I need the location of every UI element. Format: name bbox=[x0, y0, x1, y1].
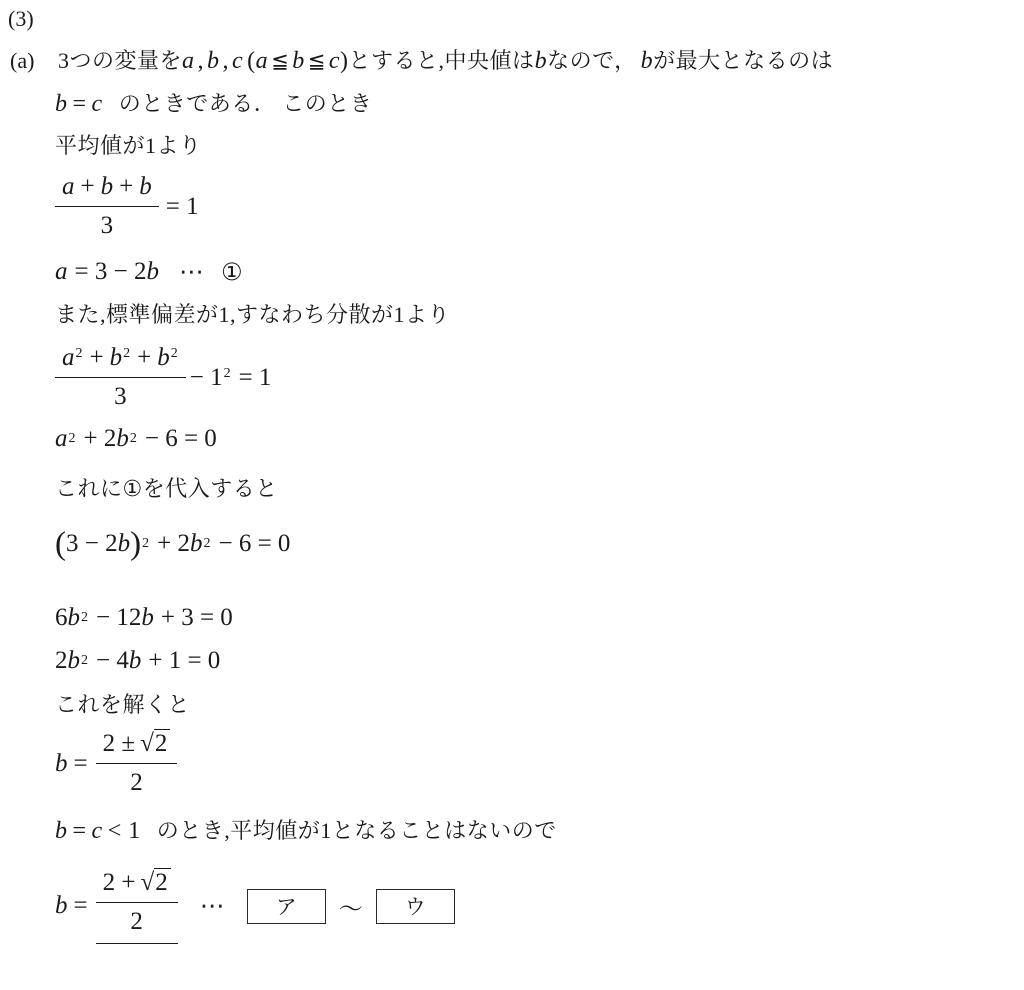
equation-mean-linear: a= 3 − 2b⋯① bbox=[55, 257, 242, 287]
denominator: 3 bbox=[55, 377, 186, 412]
equation-substituted: (3 − 2b)2+ 2b2− 6 = 0 bbox=[55, 530, 290, 558]
mean-label-line: 平均値が1より bbox=[55, 131, 202, 161]
equals-rhs: = 1 bbox=[166, 193, 199, 221]
condition-exclusion-line: b=c< 1のとき,平均値が1となることはないので bbox=[55, 816, 557, 846]
answer-box-u: ウ bbox=[376, 889, 455, 924]
denominator: 2 bbox=[96, 763, 178, 798]
radicand: 2 bbox=[154, 868, 171, 896]
equation-variance: a2+b2+b2 3 − 12= 1 bbox=[55, 343, 271, 412]
square-root: √2 bbox=[135, 730, 170, 757]
section-label: (3) bbox=[8, 6, 34, 32]
ellipsis: ⋯ bbox=[200, 891, 227, 921]
part-a-row: (a) 3つの変量をa,b,c(a≦b≦c)とすると,中央値はbなので，bが最大… bbox=[10, 46, 833, 76]
square-root: √2 bbox=[135, 869, 170, 896]
fraction: a2+b2+b2 3 bbox=[55, 343, 186, 412]
sd-line: また,標準偏差が1,すなわち分散が1より bbox=[55, 300, 450, 330]
case-line: b=cのときである． このとき bbox=[55, 89, 372, 119]
fraction: a+b+b 3 bbox=[55, 172, 159, 241]
equation-quadratic-6b: 6b2− 12b+ 3 = 0 bbox=[55, 604, 233, 632]
equation-solution-pm: b = 2 ±√2 2 bbox=[55, 729, 177, 798]
denominator: 2 bbox=[96, 902, 178, 937]
intro-line: 3つの変量をa,b,c(a≦b≦c)とすると,中央値はbなので，bが最大となるの… bbox=[58, 46, 833, 76]
substitute-line: これに①を代入すると bbox=[55, 474, 278, 504]
solve-line: これを解くと bbox=[55, 690, 190, 720]
radicand: 2 bbox=[154, 729, 171, 757]
tilde-separator: ～ bbox=[339, 889, 363, 924]
denominator: 3 bbox=[55, 206, 159, 241]
equation-variance-expanded: a2+ 2b2− 6 = 0 bbox=[55, 425, 217, 453]
radical-sign: √ bbox=[140, 868, 154, 898]
equation-ref-1: ① bbox=[221, 258, 243, 286]
answer-fraction-underlined: 2 +√2 2 bbox=[96, 868, 178, 944]
radical-sign: √ bbox=[140, 729, 154, 759]
part-label: (a) bbox=[10, 48, 48, 74]
equation-quadratic-2b: 2b2− 4b+ 1 = 0 bbox=[55, 647, 220, 675]
fraction: 2 ±√2 2 bbox=[96, 729, 178, 798]
worksheet-page: (3) (a) 3つの変量をa,b,c(a≦b≦c)とすると,中央値はbなので，… bbox=[0, 0, 1024, 990]
answer-box-a: ア bbox=[247, 889, 326, 924]
equation-mean-fraction: a+b+b 3 = 1 bbox=[55, 172, 199, 241]
variance-tail: − 12= 1 bbox=[186, 364, 272, 392]
equation-final-answer: b = 2 +√2 2 ⋯ ア ～ ウ bbox=[55, 868, 455, 944]
ellipsis: ⋯ bbox=[179, 257, 206, 287]
